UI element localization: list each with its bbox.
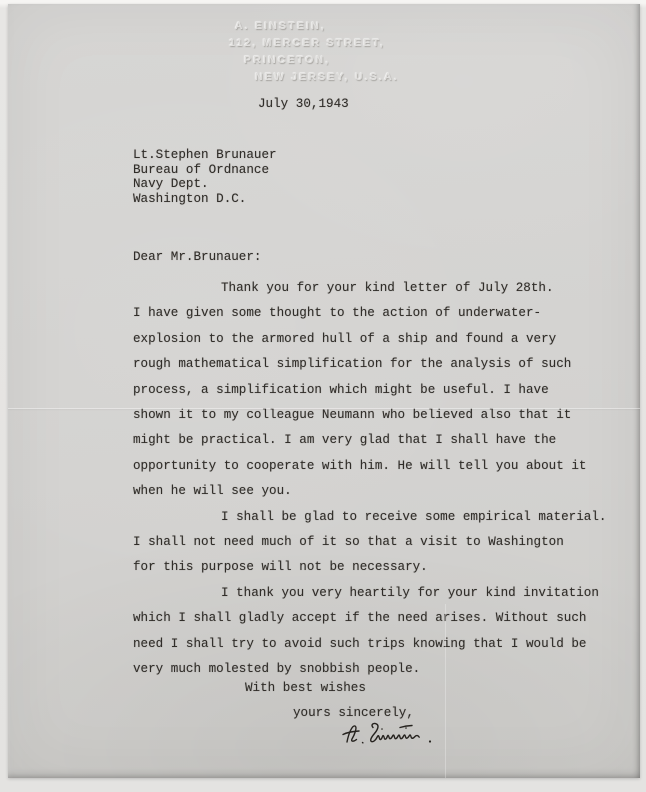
- letter-body-line: shown it to my colleague Neumann who bel…: [133, 403, 606, 428]
- letter-body: Thank you for your kind letter of July 2…: [133, 276, 606, 683]
- address-line: Navy Dept.: [133, 177, 277, 192]
- letter-body-line: Thank you for your kind letter of July 2…: [133, 276, 606, 301]
- letter-body-line: I thank you very heartily for your kind …: [133, 581, 606, 606]
- signature-handwriting-icon: [340, 718, 452, 750]
- letter-body-line: explosion to the armored hull of a ship …: [133, 327, 606, 352]
- letterhead-line: PRINCETON,: [244, 52, 640, 69]
- letterhead-line: 112, MERCER STREET,: [229, 35, 640, 52]
- letter-body-line: might be practical. I am very glad that …: [133, 428, 606, 453]
- letter-body-line: which I shall gladly accept if the need …: [133, 606, 606, 631]
- letter-paper: A. EINSTEIN,112, MERCER STREET,PRINCETON…: [8, 4, 640, 778]
- letter-body-line: opportunity to cooperate with him. He wi…: [133, 454, 606, 479]
- einstein-signature: [340, 718, 452, 750]
- letter-body-line: I shall not need much of it so that a vi…: [133, 530, 606, 555]
- letter-body-line: when he will see you.: [133, 479, 606, 504]
- letterhead-line: A. EINSTEIN,: [235, 18, 640, 35]
- closing-wishes: With best wishes: [245, 681, 366, 695]
- letter-body-line: for this purpose will not be necessary.: [133, 555, 606, 580]
- letter-body-line: I have given some thought to the action …: [133, 301, 606, 326]
- letter-body-line: need I shall try to avoid such trips kno…: [133, 632, 606, 657]
- letter-body-line: very much molested by snobbish people.: [133, 657, 606, 682]
- letter-body-line: rough mathematical simplification for th…: [133, 352, 606, 377]
- letter-scan: A. EINSTEIN,112, MERCER STREET,PRINCETON…: [0, 0, 646, 792]
- date-line: July 30,1943: [258, 97, 349, 111]
- address-line: Lt.Stephen Brunauer: [133, 148, 277, 163]
- recipient-address: Lt.Stephen BrunauerBureau of OrdnanceNav…: [133, 148, 277, 206]
- letter-body-line: I shall be glad to receive some empirica…: [133, 505, 606, 530]
- letterhead-embossed: A. EINSTEIN,112, MERCER STREET,PRINCETON…: [8, 18, 640, 86]
- address-line: Bureau of Ordnance: [133, 163, 277, 178]
- letterhead-line: NEW JERSEY, U.S.A.: [255, 69, 640, 86]
- paper-crease-vertical: [445, 604, 446, 778]
- address-line: Washington D.C.: [133, 192, 277, 207]
- letter-body-line: process, a simplification which might be…: [133, 378, 606, 403]
- salutation: Dear Mr.Brunauer:: [133, 250, 261, 264]
- paper-crease-horizontal: [8, 408, 640, 409]
